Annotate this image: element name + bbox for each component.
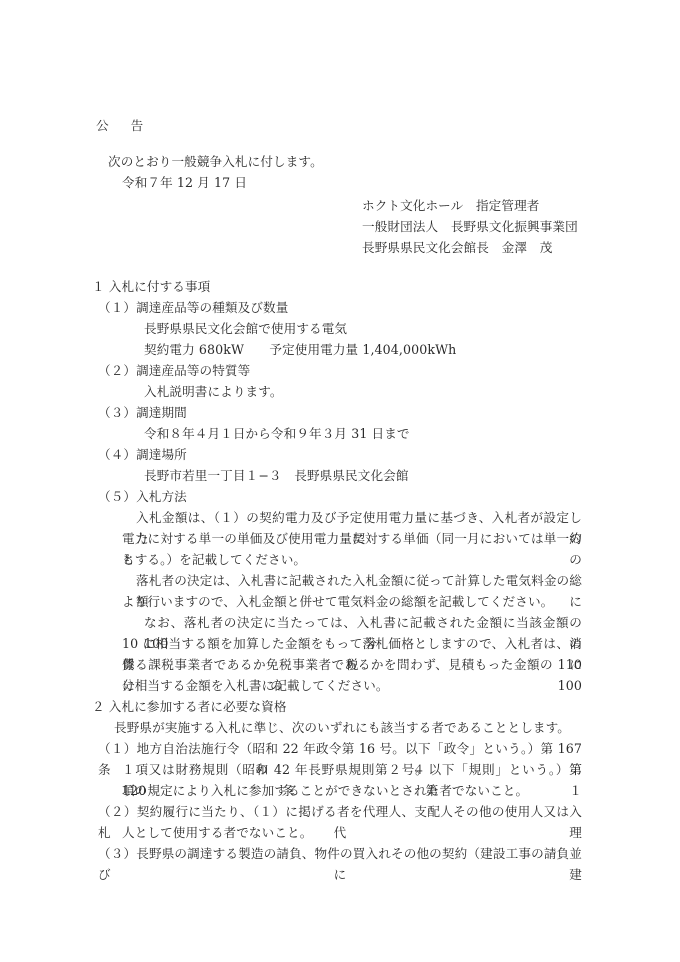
item1-5-heading: （５）入札方法	[98, 487, 187, 508]
notice-date: 令和７年 12 月 17 日	[122, 173, 247, 194]
item1-5-para3-line-4: に相当する金額を入札書に記載してください。	[122, 676, 389, 697]
issuer-line-3: 長野県県民文化会館長 金澤 茂	[362, 238, 552, 259]
notice-intro: 次のとおり一般競争入札に付します。	[108, 152, 323, 173]
item1-4-line-1: 長野市若里一丁目１−３ 長野県県民文化会館	[144, 466, 409, 487]
item1-1-line-1: 長野県県民文化会館で使用する電気	[144, 319, 347, 340]
notice-document: 公 告 次のとおり一般競争入札に付します。 令和７年 12 月 17 日 ホクト…	[0, 0, 680, 962]
section2-heading: ２ 入札に参加する者に必要な資格	[92, 697, 287, 718]
item2-2-line-2: 人として使用する者でないこと。	[122, 823, 312, 844]
item2-3-line-1: （３）長野県の調達する製造の請負、物件の買入れその他の契約（建設工事の請負並びに…	[98, 844, 582, 885]
section2-intro: 長野県が実施する入札に準じ、次のいずれにも該当する者であることとします。	[114, 718, 570, 739]
notice-title: 公 告	[96, 116, 152, 137]
item1-2-line-1: 入札説明書によります。	[144, 382, 283, 403]
item1-3-line-1: 令和８年４月１日から令和９年３月 31 日まで	[144, 424, 410, 445]
issuer-line-2: 一般財団法人 長野県文化振興事業団	[362, 217, 578, 238]
item1-1-line-2: 契約電力 680kW 予定使用電力量 1,404,000kWh	[144, 340, 456, 361]
item1-5-para1-line-3: とする。）を記載してください。	[122, 550, 306, 571]
item1-2-heading: （２）調達産品等の特質等	[98, 361, 250, 382]
item1-3-heading: （３）調達期間	[98, 403, 187, 424]
issuer-line-1: ホクト文化ホール 指定管理者	[362, 196, 539, 217]
item1-1-heading: （１）調達産品等の種類及び数量	[98, 298, 288, 319]
item2-1-line-3: 項の規定により入札に参加することができないとされた者でないこと。	[122, 781, 528, 802]
section1-heading: １ 入札に付する事項	[92, 277, 210, 298]
item1-5-para2-line-2: より行いますので、入札金額と併せて電気料金の総額を記載してください。	[122, 592, 553, 613]
item1-4-heading: （４）調達場所	[98, 445, 187, 466]
